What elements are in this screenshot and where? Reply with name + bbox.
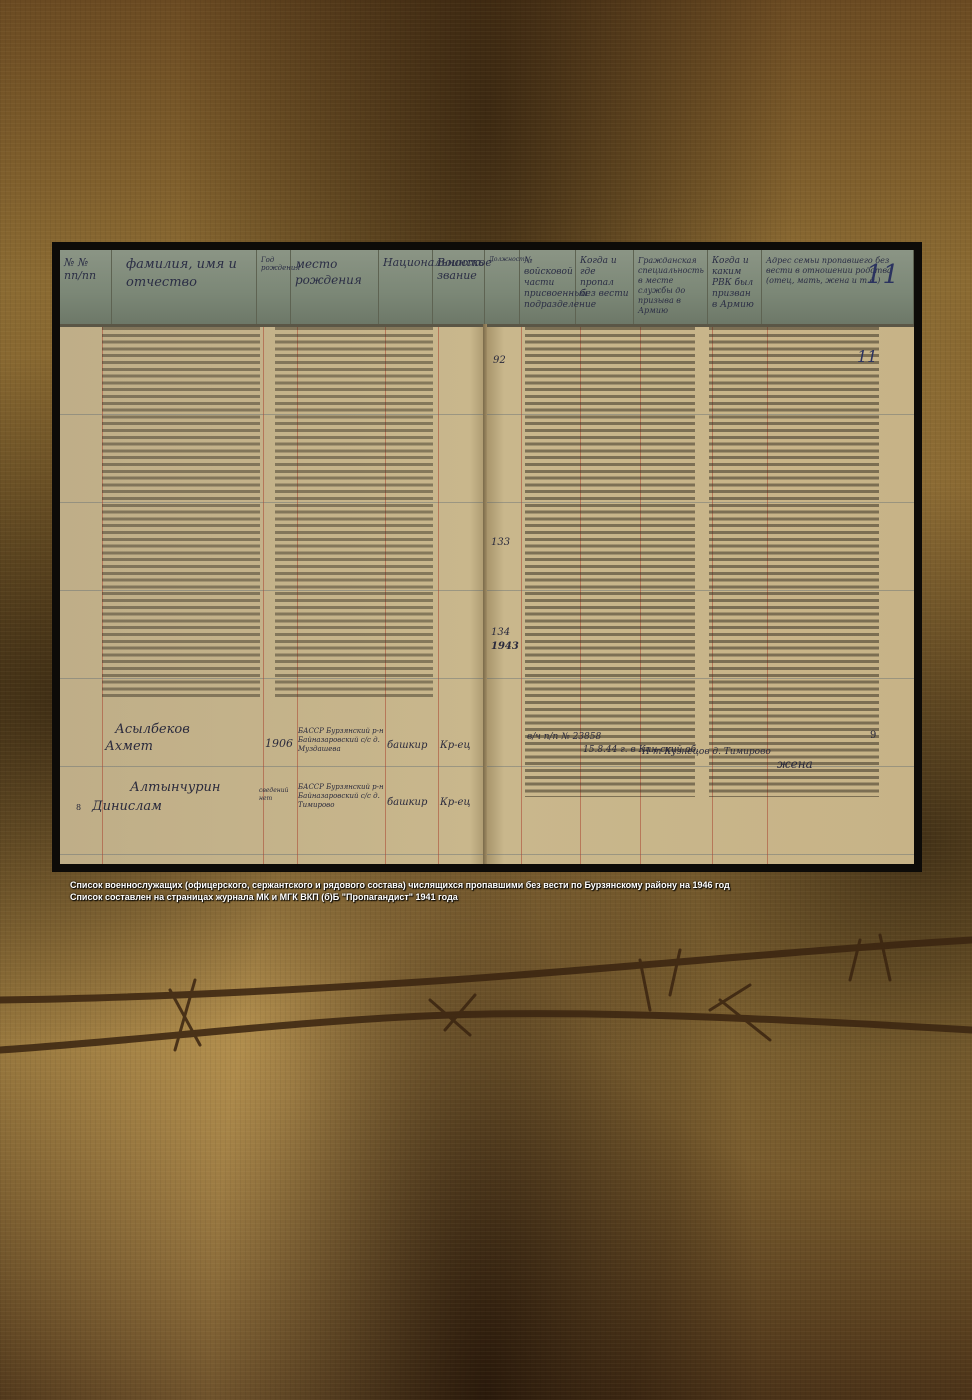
- header-col-rank: Воинское звание: [433, 250, 485, 324]
- column-line: [438, 327, 439, 864]
- entry-number: 8: [76, 803, 81, 812]
- entry-name: Динислам: [92, 799, 162, 814]
- header-col-military-unit: № войсковой части присвоенный подразделе…: [520, 250, 576, 324]
- row-mark: 1943: [491, 641, 519, 652]
- entry-surname: Асылбеков: [115, 722, 190, 737]
- entry-birthplace: БАССР Бурзянский р-н Байназаровский с/с …: [298, 783, 386, 810]
- entry-relation: жена: [777, 757, 813, 771]
- header-col-birthplace: место рождения: [291, 250, 379, 324]
- entry-rank: Кр-ец: [440, 797, 470, 808]
- page-number: 9: [870, 730, 876, 741]
- header-col-number: № № пп/пп: [60, 250, 112, 324]
- margin-line: [521, 327, 522, 864]
- sheet-mark: 11: [866, 270, 899, 280]
- printed-newspaper-column-right: [709, 327, 879, 797]
- row-mark: 92: [493, 355, 506, 366]
- barbed-wire-decoration: [0, 920, 972, 1080]
- caption-line-2: Список составлен на страницах журнала МК…: [70, 891, 730, 903]
- entry-birth-year: сведений нет: [259, 787, 295, 803]
- printed-newspaper-column-left: [102, 327, 260, 697]
- header-col-family-address: Адрес семьи пропавшего без вести в отнош…: [762, 250, 914, 324]
- header-col-civil-specialty: Гражданская специальность в месте службы…: [634, 250, 708, 324]
- header-col-position: Должность: [485, 250, 520, 324]
- image-caption: Список военнослужащих (офицерского, серж…: [70, 879, 730, 903]
- entry-surname: Алтынчурин: [130, 780, 221, 795]
- left-page: Асылбеков Ахмет 1906 БАССР Бурзянский р-…: [60, 327, 483, 864]
- printed-newspaper-column-left: [525, 327, 695, 797]
- archival-document-frame: № № пп/пп фамилия, имя и отчество Год ро…: [52, 242, 922, 872]
- column-line: [263, 327, 264, 864]
- corner-mark: 11: [857, 347, 877, 366]
- entry-unit: в/ч п/п № 23858: [527, 732, 601, 742]
- entry-nationality: башкир: [387, 740, 427, 751]
- journal-spread: № № пп/пп фамилия, имя и отчество Год ро…: [60, 250, 914, 864]
- header-col-missing-when-where: Когда и где пропал без вести: [576, 250, 634, 324]
- header-col-birth-year: Год рождения: [257, 250, 291, 324]
- entry-rank: Кр-ец: [440, 740, 470, 751]
- entry-nationality: башкир: [387, 797, 427, 808]
- header-col-nationality: Национальность: [379, 250, 433, 324]
- printed-newspaper-column-right: [275, 327, 433, 697]
- row-mark: 133: [491, 537, 510, 548]
- entry-conscription: Н-т Кузнецов д. Тимирово: [642, 747, 771, 757]
- header-col-conscription: Когда и каким РВК был призван в Армию: [708, 250, 762, 324]
- caption-line-1: Список военнослужащих (офицерского, серж…: [70, 879, 730, 891]
- entry-birthplace: БАССР Бурзянский р-н Байназаровский с/с …: [298, 727, 386, 754]
- row-mark: 134: [491, 627, 510, 638]
- right-page: 92 133 134 1943 в/ч п/п № 23858 15.8.44 …: [487, 327, 914, 864]
- entry-name: Ахмет: [105, 739, 153, 754]
- header-col-full-name: фамилия, имя и отчество: [112, 250, 257, 324]
- entry-birth-year: 1906: [265, 737, 293, 750]
- table-header: № № пп/пп фамилия, имя и отчество Год ро…: [60, 250, 914, 327]
